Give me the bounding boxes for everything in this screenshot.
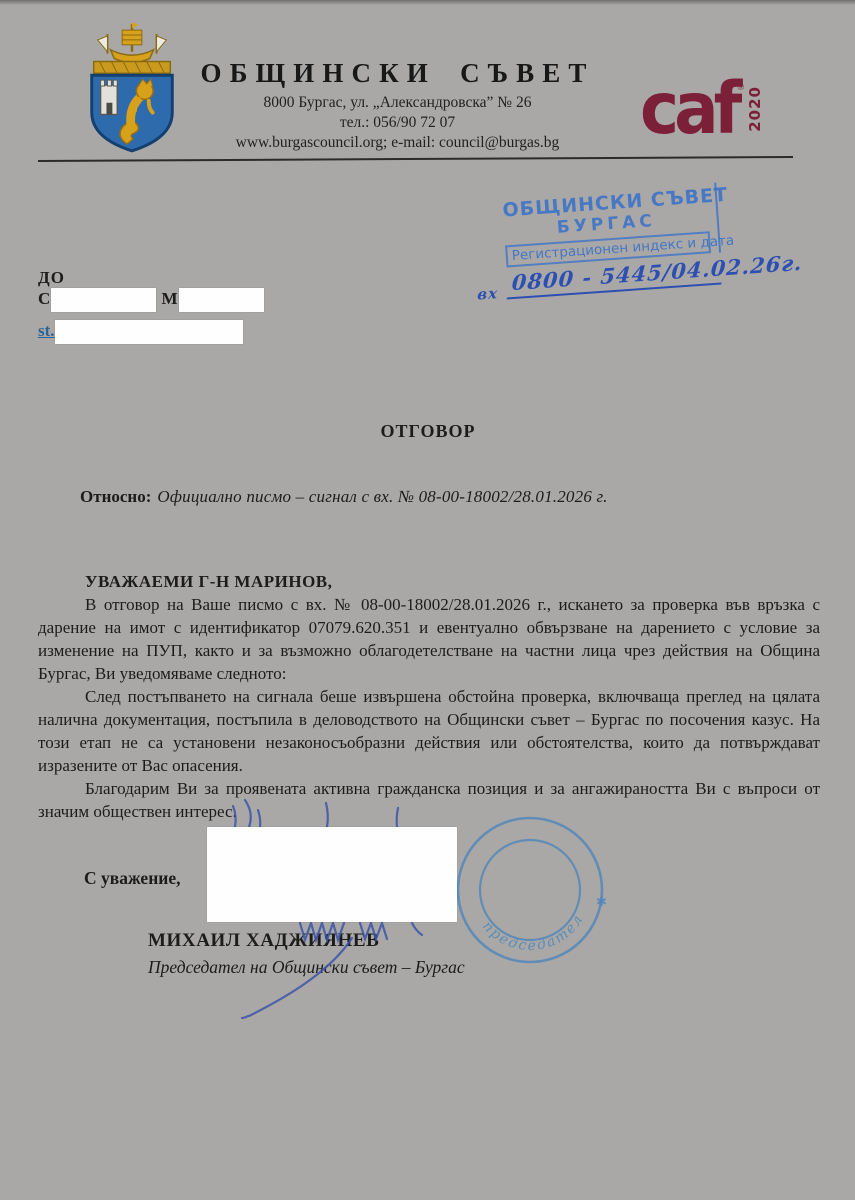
round-stamp-curved-text: председател (479, 911, 587, 954)
registry-stamp: ОБЩИНСКИ СЪВЕТ БУРГАС Регистрационен инд… (502, 183, 724, 300)
letter-paragraph-2: След постъпването на сигнала беше извърш… (38, 685, 820, 777)
letter-paragraph-1: В отговор на Ваше писмо с вх. № 08-00-18… (38, 593, 820, 685)
caf-logo-year: 2020 (746, 86, 764, 132)
redaction-box-signature (207, 827, 457, 922)
redaction-box-email (55, 320, 243, 344)
addressee-second-initial: М (162, 289, 179, 308)
addressee-name-line: С М (38, 288, 264, 314)
letter-title: ОТГОВОР (48, 421, 808, 442)
org-address: 8000 Бургас, ул. „Александровска” № 26 (185, 93, 610, 113)
coat-of-arms-icon (78, 20, 186, 158)
letter-greeting: УВАЖАЕМИ Г-Н МАРИНОВ, (38, 570, 820, 593)
signatory-role: Председател на Общински съвет – Бургас (148, 957, 465, 978)
svg-text:председател: председател (479, 911, 587, 954)
subject-text: Официално писмо – сигнал с вх. № 08-00-1… (157, 487, 607, 506)
burgas-coat-of-arms (78, 20, 186, 163)
round-stamp-icon (458, 818, 602, 962)
addressee-to-label: ДО (38, 268, 65, 288)
scanned-letter-page: ОБЩИНСКИ СЪВЕТ 8000 Бургас, ул. „Алексан… (0, 0, 855, 1200)
addressee-first-initial: С (38, 289, 51, 308)
addressee-email-link[interactable]: st. (38, 321, 55, 340)
caf-logo-word: caf (640, 78, 737, 141)
org-name: ОБЩИНСКИ СЪВЕТ (185, 58, 610, 89)
redaction-box-last-name (179, 288, 264, 312)
org-phone: тел.: 056/90 72 07 (185, 113, 610, 133)
subject-line: Относно:Официално писмо – сигнал с вх. №… (80, 487, 608, 507)
letter-body: УВАЖАЕМИ Г-Н МАРИНОВ, В отговор на Ваше … (38, 570, 820, 823)
subject-label: Относно: (80, 487, 151, 506)
addressee-email-line: st. (38, 320, 243, 344)
round-stamp-star: ✱ (596, 894, 607, 909)
signatory-name: МИХАИЛ ХАДЖИЯНЕВ (148, 930, 379, 952)
caf-registered-mark: ® (737, 82, 744, 92)
letter-paragraph-3: Благодарим Ви за проявената активна граж… (38, 777, 820, 823)
org-web-email: www.burgascouncil.org; e-mail: council@b… (185, 133, 610, 153)
redaction-box-first-name (51, 288, 156, 312)
handwritten-prefix: вх (477, 284, 499, 304)
closing-salutation: С уважение, (84, 868, 181, 889)
caf-2020-logo: caf ® 2020 (640, 80, 790, 152)
letterhead: ОБЩИНСКИ СЪВЕТ 8000 Бургас, ул. „Алексан… (185, 58, 610, 153)
